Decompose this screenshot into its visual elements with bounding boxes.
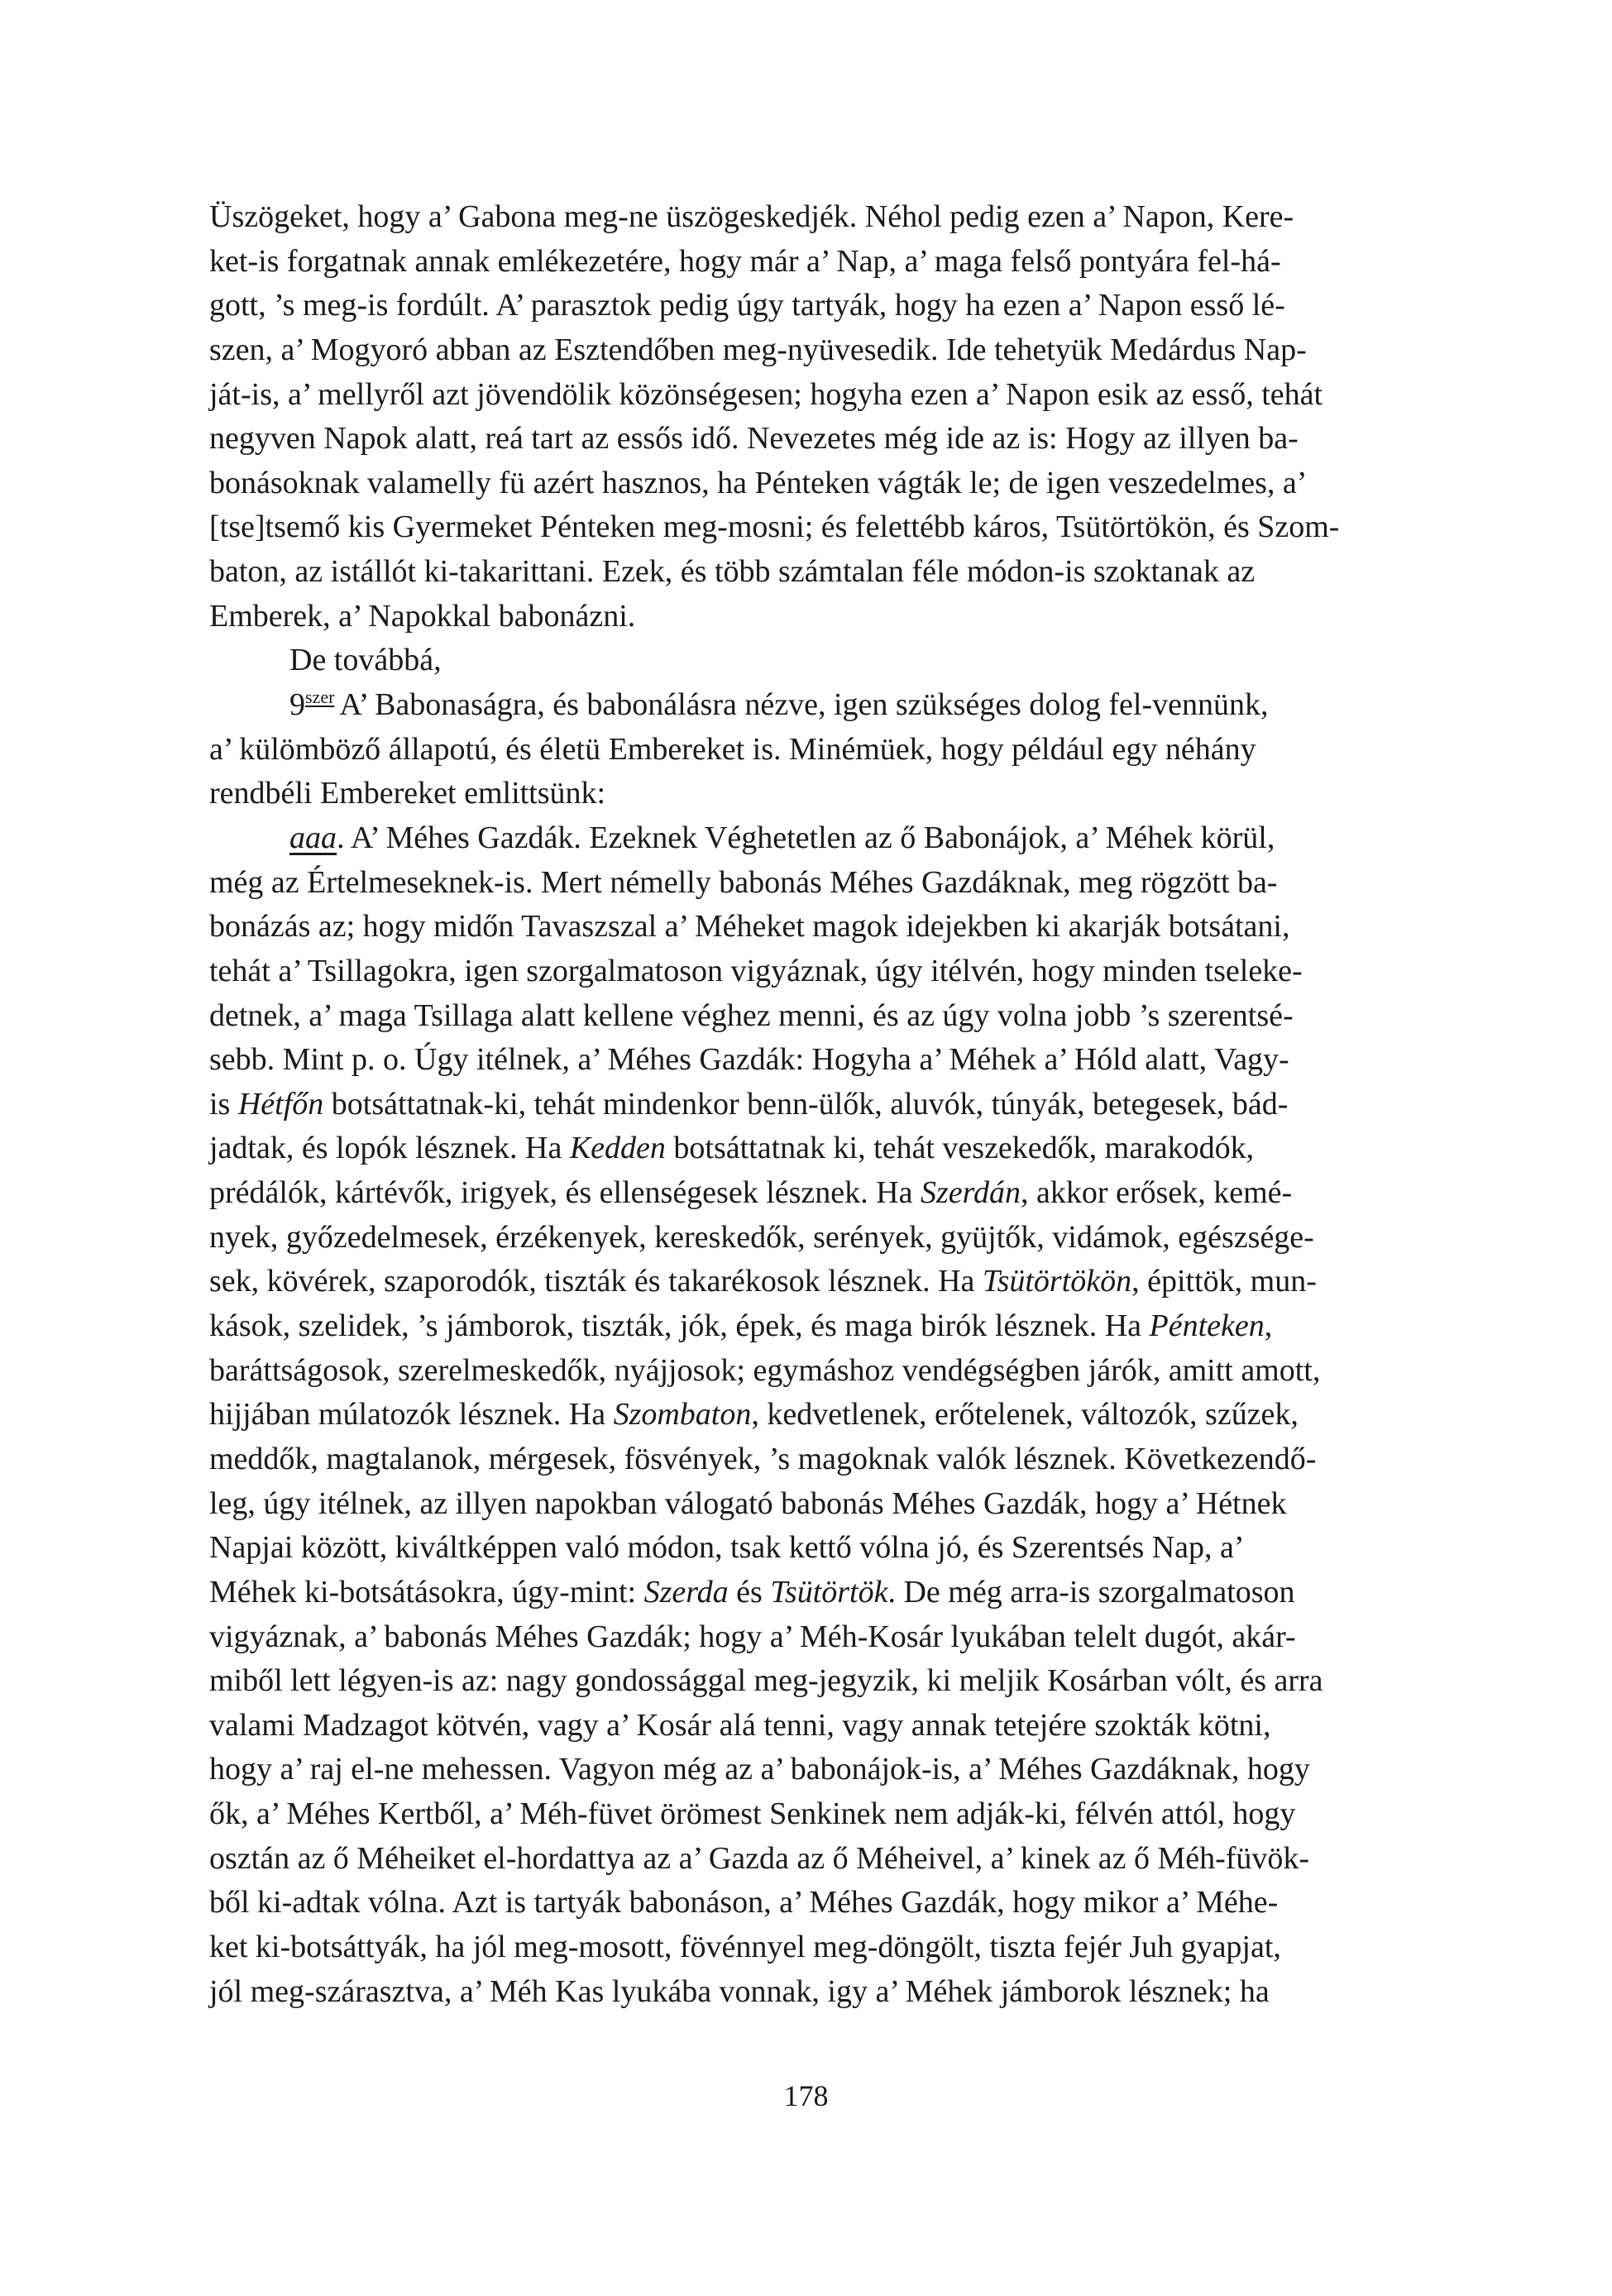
text-line: szen, a’ Mogyoró abban az Esztendőben me…	[209, 328, 1212, 373]
text-line: kások, szelidek, ’s jámborok, tiszták, j…	[209, 1304, 1212, 1349]
text-line: Méhek ki-botsátásokra, úgy-mint: Szerda …	[209, 1571, 1212, 1615]
text-line: ket-is forgatnak annak emlékezetére, hog…	[209, 240, 1212, 285]
page-number: 178	[0, 2076, 1612, 2116]
text-line: bonásoknak valamelly fü azért hasznos, h…	[209, 462, 1212, 506]
document-page: Üszögeket, hogy a’ Gabona meg-ne üszöges…	[0, 0, 1612, 2296]
text-line: nyek, győzedelmesek, érzékenyek, kereske…	[209, 1216, 1212, 1260]
text-line: ját-is, a’ mellyről azt jövendölik közön…	[209, 373, 1212, 418]
text-run: botsáttatnak ki, tehát veszekedők, marak…	[666, 1131, 1254, 1165]
text-line: prédálók, kártévők, irigyek, és ellenség…	[209, 1171, 1212, 1216]
ordinal-number: 9	[289, 687, 305, 722]
text-run: prédálók, kártévők, irigyek, és ellenség…	[209, 1175, 921, 1210]
numbered-paragraph-start: 9szerA’ Babonaságra, és babonálásra nézv…	[209, 683, 1212, 728]
italic-day-name: Kedden	[570, 1131, 666, 1165]
text-line: tehát a’ Tsillagokra, igen szorgalmatoso…	[209, 949, 1212, 994]
text-line: Napjai között, kiváltképpen való módon, …	[209, 1526, 1212, 1571]
text-line: De továbbá,	[209, 639, 1212, 683]
text-run: . De még arra-is szorgalmatoson	[887, 1575, 1294, 1610]
text-line: meddők, magtalanok, mérgesek, fösvények,…	[209, 1437, 1212, 1482]
text-run: A’ Babonaságra, és babonálásra nézve, ig…	[339, 687, 1268, 722]
italic-day-name: Szombaton	[614, 1397, 752, 1432]
body-text: Üszögeket, hogy a’ Gabona meg-ne üszöges…	[209, 195, 1212, 2014]
text-run: ,	[1265, 1308, 1273, 1343]
text-run: és	[729, 1575, 771, 1610]
text-line: hijjában múlatozók lésznek. Ha Szombaton…	[209, 1393, 1212, 1437]
text-line: valami Madzagot kötvén, vagy a’ Kosár al…	[209, 1704, 1212, 1748]
section-marker: aaa	[289, 820, 337, 855]
text-line: még az Értelmeseknek-is. Mert némelly ba…	[209, 861, 1212, 906]
text-run: , akkor erősek, kemé-	[1021, 1175, 1292, 1210]
italic-day-name: Hétfőn	[238, 1087, 323, 1122]
text-run: , épittök, mun-	[1131, 1264, 1317, 1299]
text-line: Emberek, a’ Napokkal babonázni.	[209, 595, 1212, 639]
italic-day-name: Pénteken	[1150, 1308, 1265, 1343]
text-line: sek, kövérek, szaporodók, tiszták és tak…	[209, 1260, 1212, 1304]
italic-day-name: Szerdán	[921, 1175, 1021, 1210]
text-line: osztán az ő Méheiket el-hordattya az a’ …	[209, 1837, 1212, 1882]
text-line: baton, az istállót ki-takarittani. Ezek,…	[209, 550, 1212, 595]
italic-day-name: Tsütörtök	[770, 1575, 887, 1610]
text-line: negyven Napok alatt, reá tart az essős i…	[209, 417, 1212, 462]
text-run: botsáttatnak-ki, tehát mindenkor benn-ül…	[323, 1087, 1288, 1122]
text-line: jól meg-szárasztva, a’ Méh Kas lyukába v…	[209, 1970, 1212, 2015]
text-line: baráttságosok, szerelmeskedők, nyájjosok…	[209, 1349, 1212, 1394]
ordinal-suffix: szer	[305, 686, 334, 707]
text-line: hogy a’ raj el-ne mehessen. Vagyon még a…	[209, 1748, 1212, 1792]
lettered-paragraph-start: aaa. A’ Méhes Gazdák. Ezeknek Véghetetle…	[209, 816, 1212, 861]
text-line: rendbéli Embereket emlittsünk:	[209, 772, 1212, 816]
text-line: vigyáznak, a’ babonás Méhes Gazdák; hogy…	[209, 1615, 1212, 1660]
text-line: a’ külömböző állapotú, és életü Embereke…	[209, 728, 1212, 773]
text-line: jadtak, és lopók lésznek. Ha Kedden bots…	[209, 1126, 1212, 1171]
text-run: kások, szelidek, ’s jámborok, tiszták, j…	[209, 1308, 1150, 1343]
text-line: sebb. Mint p. o. Úgy itélnek, a’ Méhes G…	[209, 1038, 1212, 1083]
text-run: hijjában múlatozók lésznek. Ha	[209, 1397, 614, 1432]
text-run: . A’ Méhes Gazdák. Ezeknek Véghetetlen a…	[337, 820, 1275, 855]
italic-day-name: Tsütörtökön	[983, 1264, 1131, 1299]
text-run: jadtak, és lopók lésznek. Ha	[209, 1131, 570, 1165]
text-line: miből lett légyen-is az: nagy gondosságg…	[209, 1659, 1212, 1704]
italic-day-name: Szerda	[644, 1575, 729, 1610]
text-run: Méhek ki-botsátásokra, úgy-mint:	[209, 1575, 644, 1610]
text-line: gott, ’s meg-is fordúlt. A’ parasztok pe…	[209, 284, 1212, 328]
text-line: leg, úgy itélnek, az illyen napokban vál…	[209, 1482, 1212, 1527]
text-run: , kedvetlenek, erőtelenek, változók, szű…	[751, 1397, 1299, 1432]
text-line: Üszögeket, hogy a’ Gabona meg-ne üszöges…	[209, 195, 1212, 240]
text-line: ők, a’ Méhes Kertből, a’ Méh-füvet öröme…	[209, 1792, 1212, 1837]
text-run: sek, kövérek, szaporodók, tiszták és tak…	[209, 1264, 983, 1299]
text-run: is	[209, 1087, 238, 1122]
text-line: [tse]tsemő kis Gyermeket Pénteken meg-mo…	[209, 505, 1212, 550]
text-line: is Hétfőn botsáttatnak-ki, tehát mindenk…	[209, 1083, 1212, 1127]
text-line: ből ki-adtak vólna. Azt is tartyák babon…	[209, 1881, 1212, 1925]
text-line: ket ki-botsáttyák, ha jól meg-mosott, fö…	[209, 1925, 1212, 1970]
text-line: detnek, a’ maga Tsillaga alatt kellene v…	[209, 994, 1212, 1039]
text-line: bonázás az; hogy midőn Tavaszszal a’ Méh…	[209, 905, 1212, 949]
